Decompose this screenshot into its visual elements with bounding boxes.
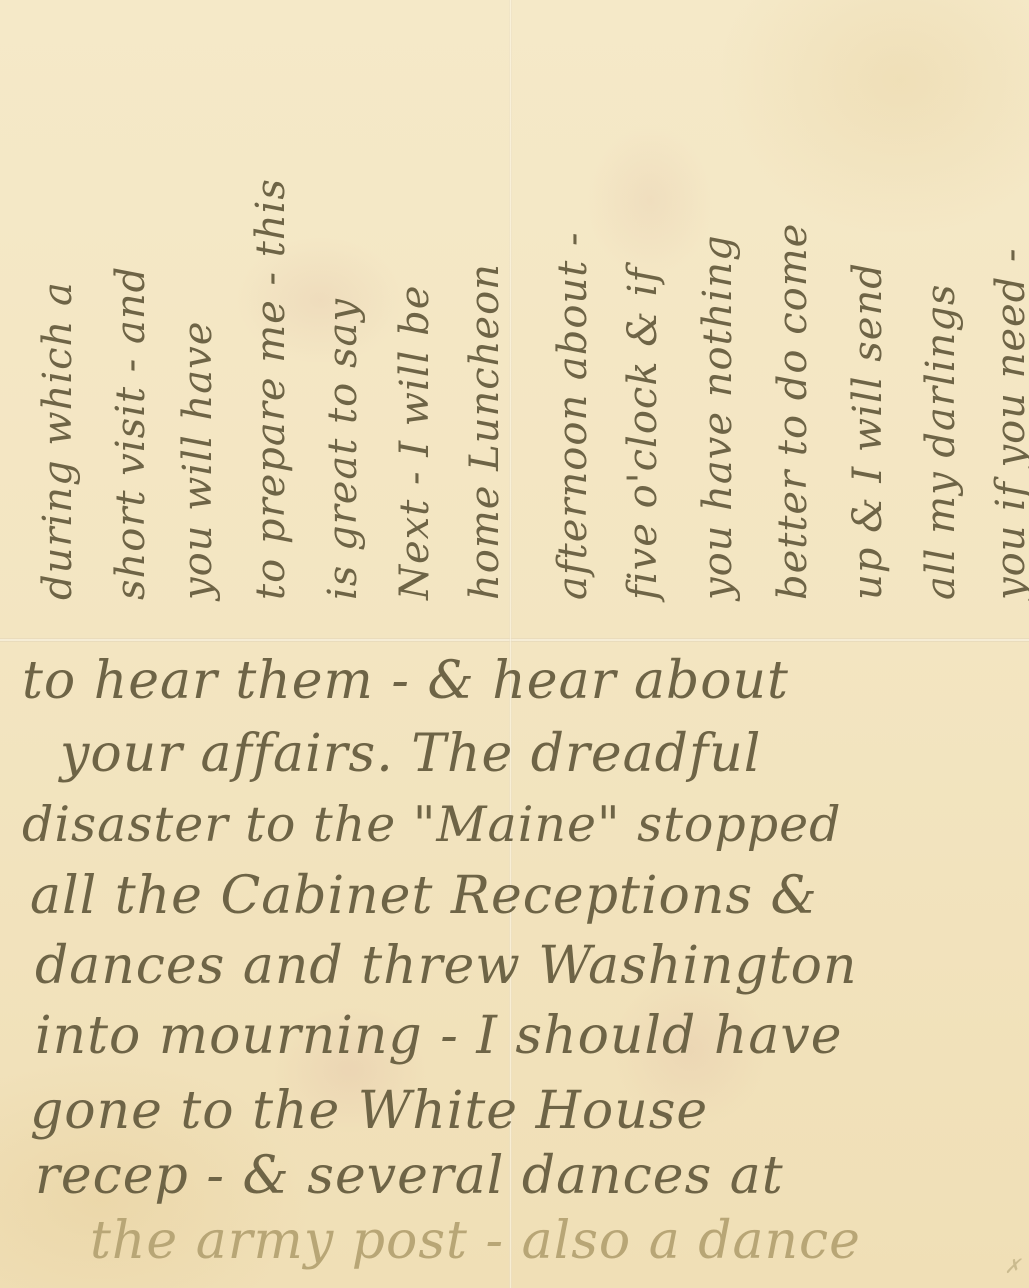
rotated-line-5: is great to say: [290, 0, 360, 640]
rotated-line-12: up & I will send: [815, 0, 885, 640]
rotated-line-3: you will have: [145, 0, 215, 640]
rotated-line-13: all my darlings: [888, 0, 958, 640]
rotated-line-9: five o'clock & if: [590, 0, 660, 640]
rotated-line-1: during which a: [5, 0, 75, 640]
rotated-line-10: you have nothing: [665, 0, 735, 640]
corner-mark: ✗: [1004, 1254, 1021, 1278]
rotated-line-4: to prepare me - this: [218, 0, 288, 640]
rotated-line-6: Next - I will be: [362, 0, 432, 640]
rotated-line-14: you if you need -: [958, 0, 1028, 640]
rotated-line-7: home Luncheon: [432, 0, 502, 640]
rotated-line-8: afternoon about -: [520, 0, 590, 640]
rotated-line-2: short visit - and: [78, 0, 148, 640]
letter-page: during which a short visit - and you wil…: [0, 0, 1029, 1288]
rotated-line-11: better to do come: [740, 0, 810, 640]
